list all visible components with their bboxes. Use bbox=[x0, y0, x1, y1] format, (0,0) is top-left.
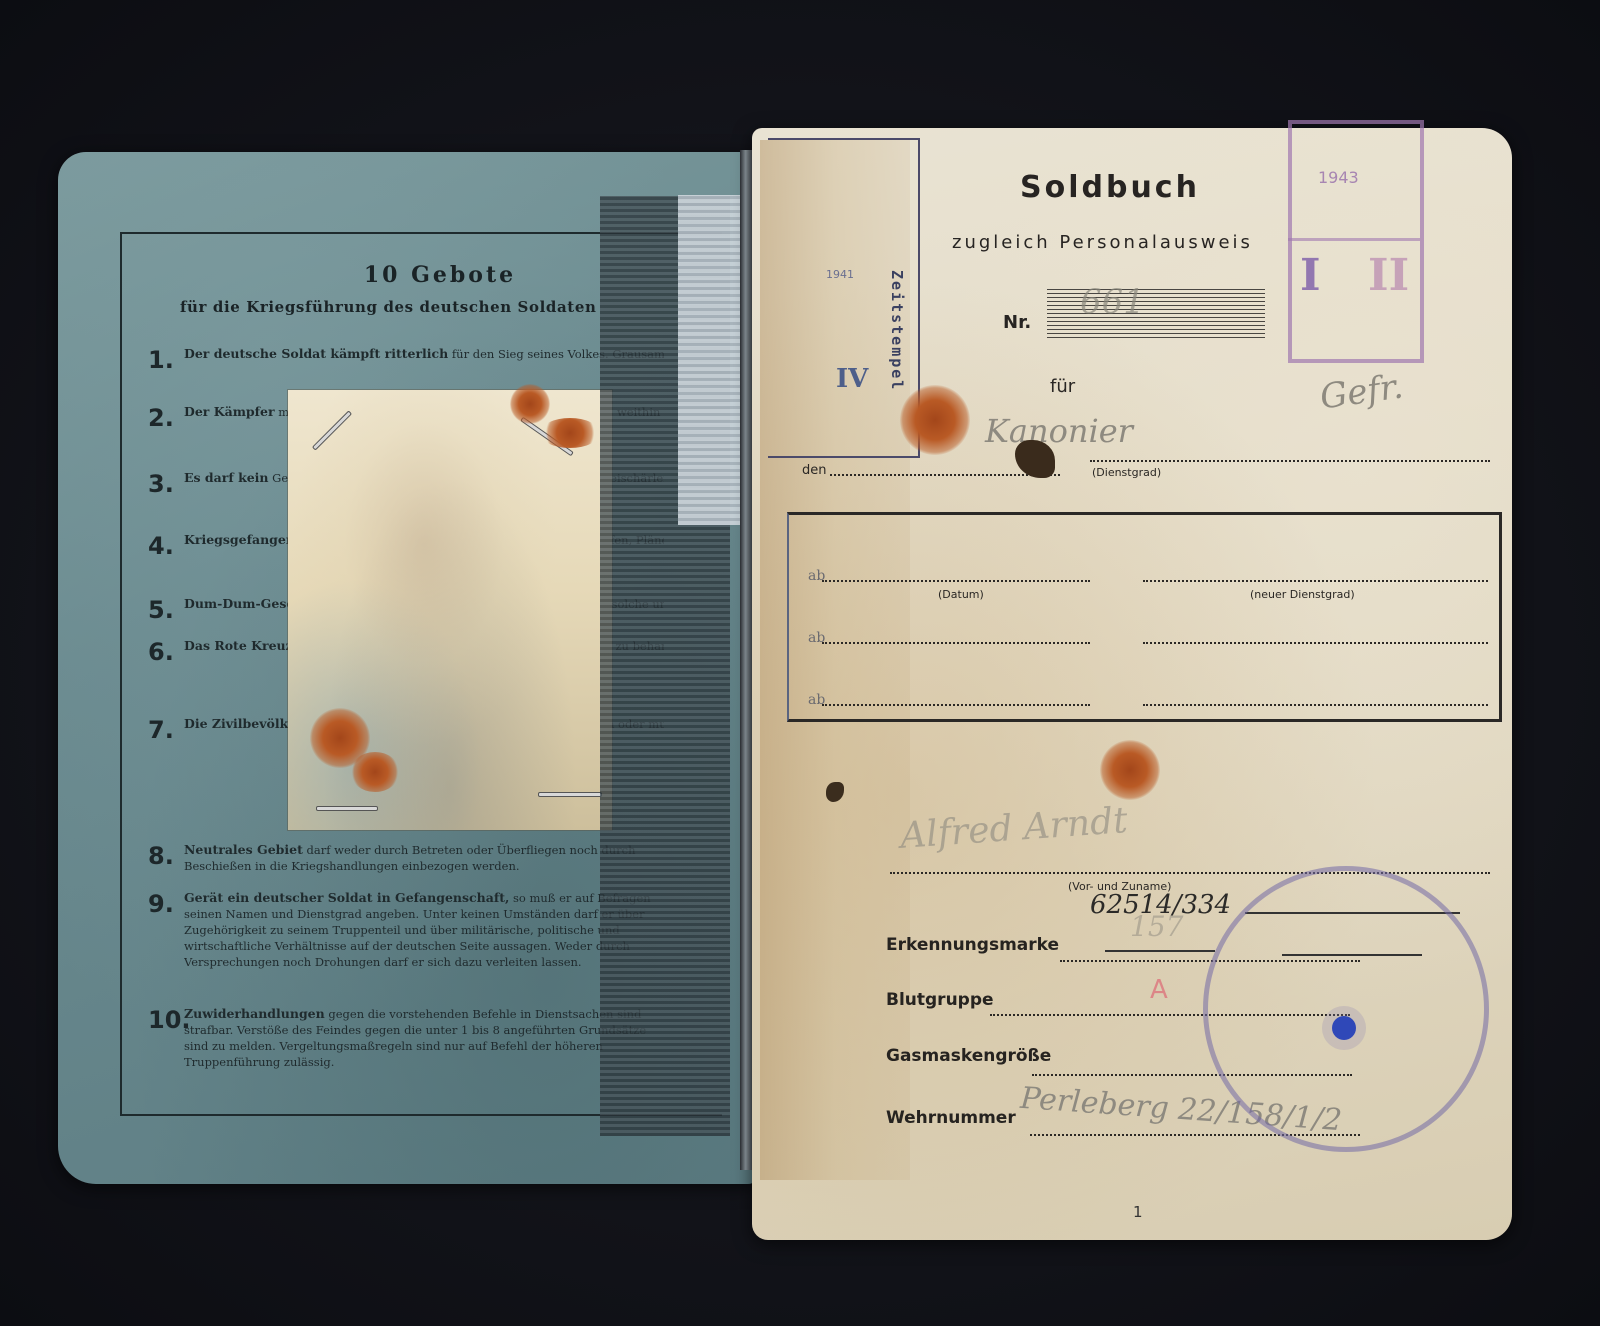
commandment-number: 1. bbox=[148, 346, 174, 374]
date-line bbox=[822, 642, 1090, 644]
document-title: Soldbuch bbox=[1020, 170, 1200, 205]
commandment-heading: Zuwiderhandlungen bbox=[184, 1006, 325, 1021]
violet-stamp-year: 1943 bbox=[1318, 168, 1359, 187]
time-stamp-roman: IV bbox=[836, 364, 868, 394]
rust-stain-icon bbox=[510, 384, 550, 424]
number-label: Nr. bbox=[1003, 312, 1031, 333]
rank-line bbox=[1090, 460, 1490, 462]
time-stamp-label: Zeitstempel bbox=[888, 270, 906, 391]
date-line bbox=[822, 704, 1090, 706]
id-note-handwritten: 157 bbox=[1130, 910, 1183, 943]
field-label-military-number: Wehrnummer bbox=[886, 1108, 1016, 1128]
new-rank-line bbox=[1143, 580, 1488, 582]
staple-icon bbox=[538, 792, 602, 797]
blue-ink-dot bbox=[1332, 1016, 1356, 1040]
staple-icon bbox=[312, 410, 352, 450]
id-note-line-1 bbox=[1105, 950, 1215, 952]
new-rank-hint: (neuer Dienstgrad) bbox=[1250, 588, 1355, 601]
violet-stamp-roman-1: I bbox=[1300, 250, 1321, 301]
rank-hint: (Dienstgrad) bbox=[1092, 466, 1161, 479]
rust-stain-icon bbox=[350, 752, 400, 792]
commandments-title: 10 Gebote bbox=[340, 262, 540, 288]
commandment-number: 6. bbox=[148, 638, 174, 666]
page-number: 1 bbox=[1133, 1203, 1143, 1221]
commandment-heading: Gerät ein deutscher Soldat in Gefangensc… bbox=[184, 890, 509, 905]
field-label-identity-tag: Erkennungsmarke bbox=[886, 935, 1059, 955]
commandment-heading: Es darf kein bbox=[184, 470, 269, 485]
soldier-photo bbox=[288, 390, 612, 830]
den-label: den bbox=[802, 463, 827, 478]
date-hint: (Datum) bbox=[938, 588, 984, 601]
rust-stain-icon bbox=[900, 385, 970, 455]
rust-stain-icon bbox=[1100, 740, 1160, 800]
staple-icon bbox=[316, 806, 378, 811]
time-stamp-year: 1941 bbox=[826, 268, 854, 281]
commandment-number: 3. bbox=[148, 470, 174, 498]
commandment-heading: Der deutsche Soldat kämpft ritterlich bbox=[184, 346, 448, 361]
commandment-number: 5. bbox=[148, 596, 174, 624]
commandment-heading: Der Kämpfer bbox=[184, 404, 275, 419]
violet-stamp-roman-2: II bbox=[1368, 250, 1409, 301]
commandment-heading: Kriegsgefangene bbox=[184, 532, 303, 547]
number-value: 661 bbox=[1080, 282, 1145, 322]
new-rank-line bbox=[1143, 704, 1488, 706]
commandment-heading: Das Rote Kreuz bbox=[184, 638, 293, 653]
commandment-heading: Neutrales Gebiet bbox=[184, 842, 303, 857]
blood-group-value: A bbox=[1150, 975, 1168, 1005]
rank-handwritten: Kanonier bbox=[985, 412, 1133, 450]
document-subtitle: zugleich Personalausweis bbox=[952, 232, 1253, 253]
new-rank-line bbox=[1143, 642, 1488, 644]
promotion-box bbox=[787, 512, 1502, 722]
date-line bbox=[822, 580, 1090, 582]
violet-stamp bbox=[1288, 120, 1424, 363]
commandment-number: 7. bbox=[148, 716, 174, 744]
commandment-number: 4. bbox=[148, 532, 174, 560]
name-line bbox=[890, 872, 1490, 874]
for-label: für bbox=[1050, 376, 1075, 397]
violet-stamp-divider bbox=[1288, 238, 1420, 241]
den-line bbox=[830, 474, 1060, 476]
commandment-number: 2. bbox=[148, 404, 174, 432]
commandment-number: 8. bbox=[148, 842, 174, 870]
field-label-blood-group: Blutgruppe bbox=[886, 990, 994, 1010]
round-official-stamp bbox=[1203, 866, 1489, 1152]
repair-tape-light bbox=[678, 195, 746, 525]
field-label-gas-mask-size: Gasmaskengröße bbox=[886, 1046, 1051, 1066]
commandment-number: 9. bbox=[148, 890, 174, 918]
rust-stain-icon bbox=[540, 418, 600, 448]
